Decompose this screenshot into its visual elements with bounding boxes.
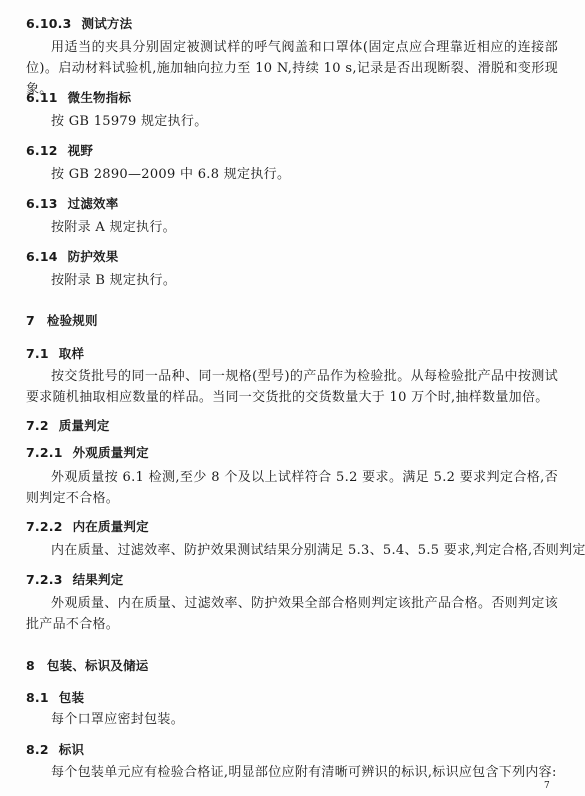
section-number: 6.13 bbox=[26, 196, 58, 211]
section-title: 测试方法 bbox=[82, 16, 133, 31]
heading-7-2-3: 7.2.3结果判定 bbox=[26, 570, 123, 588]
heading-8: 8包装、标识及储运 bbox=[26, 656, 149, 674]
section-title: 质量判定 bbox=[59, 418, 110, 433]
heading-8-1: 8.1包装 bbox=[26, 688, 84, 706]
heading-6-10-3: 6.10.3测试方法 bbox=[26, 14, 132, 32]
paragraph-7-1: 按交货批号的同一品种、同一规格(型号)的产品作为检验批。从每检验批产品中按测试要… bbox=[26, 366, 558, 408]
section-title: 外观质量判定 bbox=[73, 445, 149, 460]
heading-7-2: 7.2质量判定 bbox=[26, 416, 110, 434]
heading-6-12: 6.12视野 bbox=[26, 141, 93, 159]
section-number: 7 bbox=[26, 313, 35, 328]
section-number: 8.1 bbox=[26, 690, 49, 705]
section-title: 过滤效率 bbox=[68, 196, 119, 211]
section-number: 6.11 bbox=[26, 90, 58, 105]
section-title: 防护效果 bbox=[68, 249, 119, 264]
section-number: 7.2 bbox=[26, 418, 49, 433]
paragraph-8-1: 每个口罩应密封包装。 bbox=[26, 709, 558, 730]
heading-8-2: 8.2标识 bbox=[26, 740, 84, 758]
heading-7-2-1: 7.2.1外观质量判定 bbox=[26, 443, 149, 461]
section-title: 微生物指标 bbox=[68, 90, 132, 105]
paragraph-7-2-2: 内在质量、过滤效率、防护效果测试结果分别满足 5.3、5.4、5.5 要求,判定… bbox=[26, 540, 558, 561]
section-title: 结果判定 bbox=[73, 572, 124, 587]
section-number: 8.2 bbox=[26, 742, 49, 757]
heading-7-1: 7.1取样 bbox=[26, 344, 84, 362]
paragraph-6-13: 按附录 A 规定执行。 bbox=[26, 217, 558, 238]
section-title: 检验规则 bbox=[47, 313, 98, 328]
paragraph-6-14: 按附录 B 规定执行。 bbox=[26, 270, 558, 291]
section-title: 包装、标识及储运 bbox=[47, 658, 149, 673]
section-number: 8 bbox=[26, 658, 35, 673]
heading-6-14: 6.14防护效果 bbox=[26, 247, 118, 265]
section-title: 包装 bbox=[59, 690, 84, 705]
heading-7-2-2: 7.2.2内在质量判定 bbox=[26, 517, 149, 535]
section-number: 6.10.3 bbox=[26, 16, 72, 31]
heading-6-11: 6.11微生物指标 bbox=[26, 88, 131, 106]
paragraph-7-2-3: 外观质量、内在质量、过滤效率、防护效果全部合格则判定该批产品合格。否则判定该批产… bbox=[26, 593, 558, 635]
heading-7: 7检验规则 bbox=[26, 311, 98, 329]
page-number: 7 bbox=[544, 781, 550, 791]
section-title: 取样 bbox=[59, 346, 84, 361]
section-number: 7.1 bbox=[26, 346, 49, 361]
heading-6-13: 6.13过滤效率 bbox=[26, 194, 118, 212]
section-number: 6.12 bbox=[26, 143, 58, 158]
section-title: 视野 bbox=[68, 143, 93, 158]
paragraph-6-11: 按 GB 15979 规定执行。 bbox=[26, 111, 558, 132]
section-number: 7.2.1 bbox=[26, 445, 63, 460]
section-title: 内在质量判定 bbox=[73, 519, 149, 534]
section-number: 6.14 bbox=[26, 249, 58, 264]
section-number: 7.2.2 bbox=[26, 519, 63, 534]
paragraph-6-12: 按 GB 2890—2009 中 6.8 规定执行。 bbox=[26, 164, 558, 185]
paragraph-8-2: 每个包装单元应有检验合格证,明显部位应附有清晰可辨识的标识,标识应包含下列内容: bbox=[26, 762, 558, 783]
section-number: 7.2.3 bbox=[26, 572, 63, 587]
document-page: 6.10.3测试方法 用适当的夹具分别固定被测试样的呼气阀盖和口罩体(固定点应合… bbox=[0, 0, 585, 796]
section-title: 标识 bbox=[59, 742, 84, 757]
paragraph-7-2-1: 外观质量按 6.1 检测,至少 8 个及以上试样符合 5.2 要求。满足 5.2… bbox=[26, 467, 558, 509]
